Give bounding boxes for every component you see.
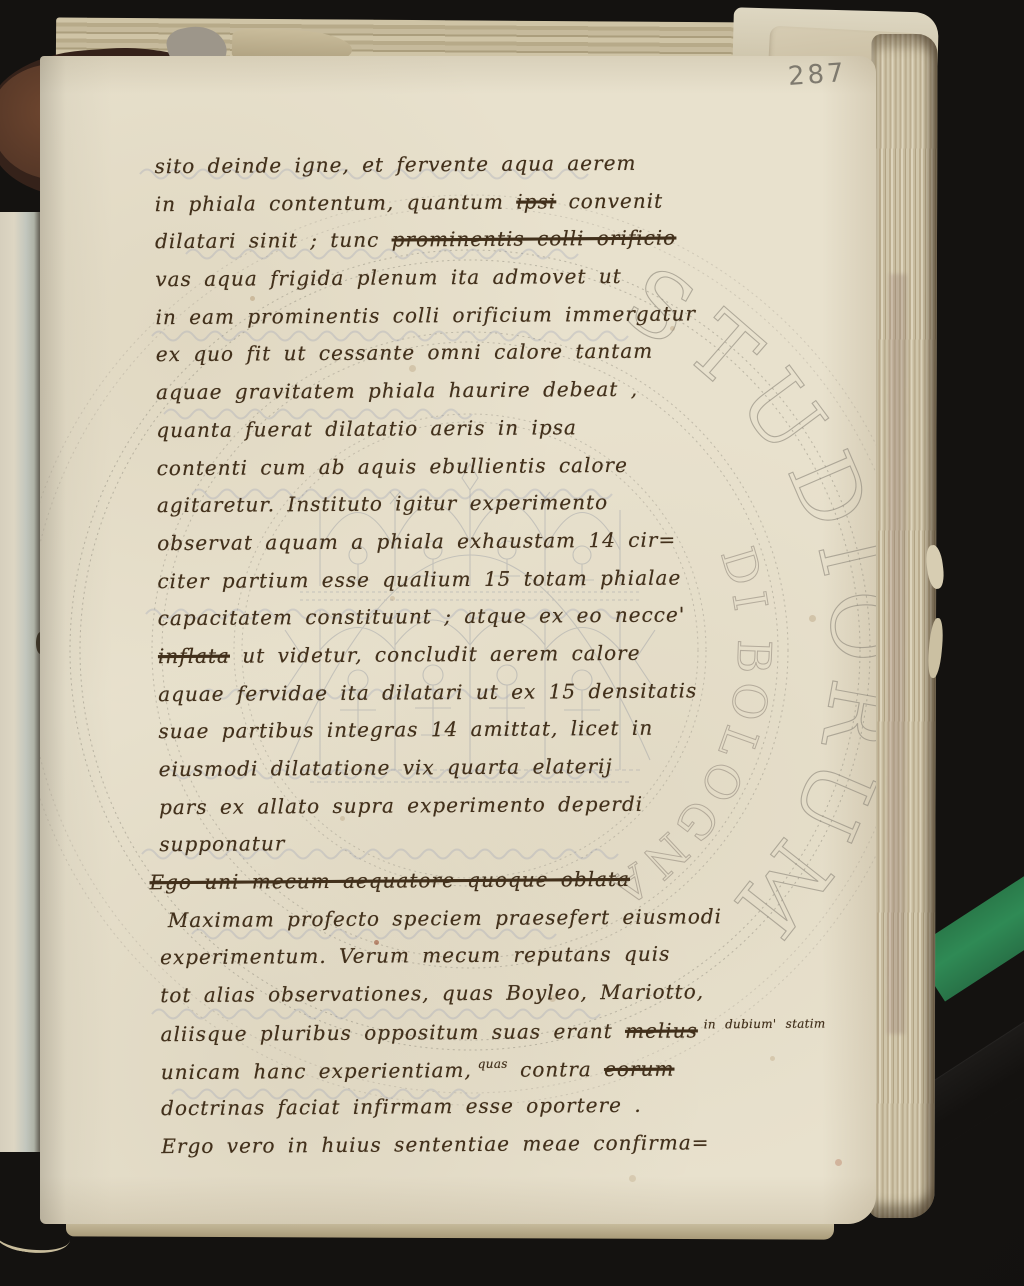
manuscript-line: aquae gravitatem phiala haurire debeat ,	[156, 376, 776, 418]
ink-speck	[374, 940, 379, 945]
manuscript-line: observat aquam a phiala exhaustam 14 cir…	[157, 527, 777, 569]
handwritten-text: sito deinde igne, et fervente aqua aerem	[154, 151, 636, 178]
handwritten-text: doctrinas faciat infirmam esse oportere …	[161, 1093, 642, 1120]
inserted-text: quas	[478, 1056, 508, 1070]
manuscript-line: dilatari sinit ; tunc prominentis colli …	[155, 225, 775, 267]
manuscript-line: capacitatem constituunt ; atque ex eo ne…	[158, 602, 778, 644]
manuscript-line: agitaretur. Instituto igitur experimento	[157, 489, 777, 531]
handwritten-text: pars ex allato supra experimento deperdi	[159, 791, 643, 818]
manuscript-line: supponatur	[159, 828, 779, 870]
manuscript-line: pars ex allato supra experimento deperdi	[159, 791, 779, 833]
folio-number: 287	[787, 58, 848, 92]
manuscript-line: experimentum. Verum mecum reputans quis	[160, 941, 780, 983]
handwritten-text: vas aqua frigida plenum ita admovet ut	[155, 264, 622, 291]
inserted-text: in dubium' statim	[704, 1016, 826, 1031]
manuscript-line: sito deinde igne, et fervente aqua aerem	[154, 150, 774, 192]
manuscript-line: doctrinas faciat infirmam esse oportere …	[161, 1092, 781, 1134]
handwritten-text: quanta fuerat dilatatio aeris in ipsa	[156, 415, 577, 442]
struck-text: melius	[625, 1018, 698, 1043]
handwritten-text: experimentum. Verum mecum reputans quis	[160, 942, 670, 970]
handwritten-text: dilatari sinit ; tunc	[155, 228, 392, 254]
manuscript-line: eiusmodi dilatatione vix quarta elaterij	[159, 753, 779, 795]
manuscript-line: ex quo fit ut cessante omni calore tanta…	[156, 338, 776, 380]
manuscript-text: sito deinde igne, et fervente aqua aerem…	[154, 150, 781, 1172]
manuscript-line: quanta fuerat dilatatio aeris in ipsa	[156, 414, 776, 456]
manuscript-line: Ergo vero in huius sententiae meae confi…	[161, 1130, 781, 1172]
manuscript-line: in eam prominentis colli orificium immer…	[156, 301, 776, 343]
manuscript-line: in phiala contentum, quantum ipsi conven…	[155, 188, 775, 230]
handwritten-text: contenti cum ab aquis ebullientis calore	[157, 452, 628, 479]
handwritten-text: in eam prominentis colli orificium immer…	[156, 301, 697, 329]
handwritten-text: agitaretur. Instituto igitur experimento	[157, 490, 608, 517]
handwritten-text: Maximam profecto speciem praesefert eius…	[168, 904, 722, 932]
struck-text: ipsi	[516, 189, 556, 213]
struck-text: eorum	[604, 1056, 674, 1080]
handwritten-text: in phiala contentum, quantum	[155, 189, 517, 216]
handwritten-text: ex quo fit ut cessante omni calore tanta…	[156, 339, 654, 366]
handwritten-text: eiusmodi dilatatione vix quarta elaterij	[159, 754, 613, 781]
handwritten-text: convenit	[556, 188, 663, 213]
struck-text: Ego uni mecum aequatore quoque oblata	[149, 867, 630, 894]
handwritten-text: contra	[508, 1057, 605, 1082]
manuscript-line: aliisque pluribus oppositum suas erant m…	[161, 1017, 781, 1059]
handwritten-text: citer partium esse qualium 15 totam phia…	[157, 565, 681, 593]
manuscript-line: contenti cum ab aquis ebullientis calore	[157, 451, 777, 493]
handwritten-text: Ergo vero in huius sententiae meae confi…	[161, 1130, 709, 1158]
manuscript-line: citer partium esse qualium 15 totam phia…	[157, 564, 777, 606]
handwritten-text: supponatur	[159, 832, 285, 857]
manuscript-line: aquae fervidae ita dilatari ut ex 15 den…	[158, 677, 778, 719]
handwritten-text: aliisque pluribus oppositum suas erant	[161, 1019, 626, 1046]
handwritten-text: unicam hanc experientiam,	[161, 1057, 472, 1083]
handwritten-text: capacitatem constituunt ; atque ex eo ne…	[158, 603, 686, 631]
manuscript-line: Ego uni mecum aequatore quoque oblata	[149, 866, 779, 908]
struck-text: inflata	[158, 644, 230, 669]
manuscript-line: vas aqua frigida plenum ita admovet ut	[155, 263, 775, 305]
facing-page-sliver	[0, 212, 44, 1152]
handwritten-text: ut videtur, concludit aerem calore	[230, 641, 641, 668]
handwritten-text: suae partibus integras 14 amittat, licet…	[158, 716, 653, 743]
handwritten-text: observat aquam a phiala exhaustam 14 cir…	[157, 527, 676, 555]
struck-text: prominentis colli orificio	[392, 226, 677, 252]
handwritten-text: aquae fervidae ita dilatari ut ex 15 den…	[158, 678, 697, 706]
manuscript-line: Maximam profecto speciem praesefert eius…	[168, 904, 780, 946]
manuscript-line: inflata ut videtur, concludit aerem calo…	[158, 640, 778, 682]
scanned-book-photo: STUDIORUM DI BOLOGNA	[0, 0, 1024, 1286]
manuscript-line: tot alias observationes, quas Boyleo, Ma…	[160, 979, 780, 1021]
fore-edge-page-stack	[868, 34, 937, 1218]
manuscript-line: suae partibus integras 14 amittat, licet…	[158, 715, 778, 757]
manuscript-line: unicam hanc experientiam,quas contra eor…	[161, 1054, 781, 1096]
handwritten-text: aquae gravitatem phiala haurire debeat ,	[156, 377, 638, 404]
handwritten-text: tot alias observationes, quas Boyleo, Ma…	[160, 979, 704, 1007]
